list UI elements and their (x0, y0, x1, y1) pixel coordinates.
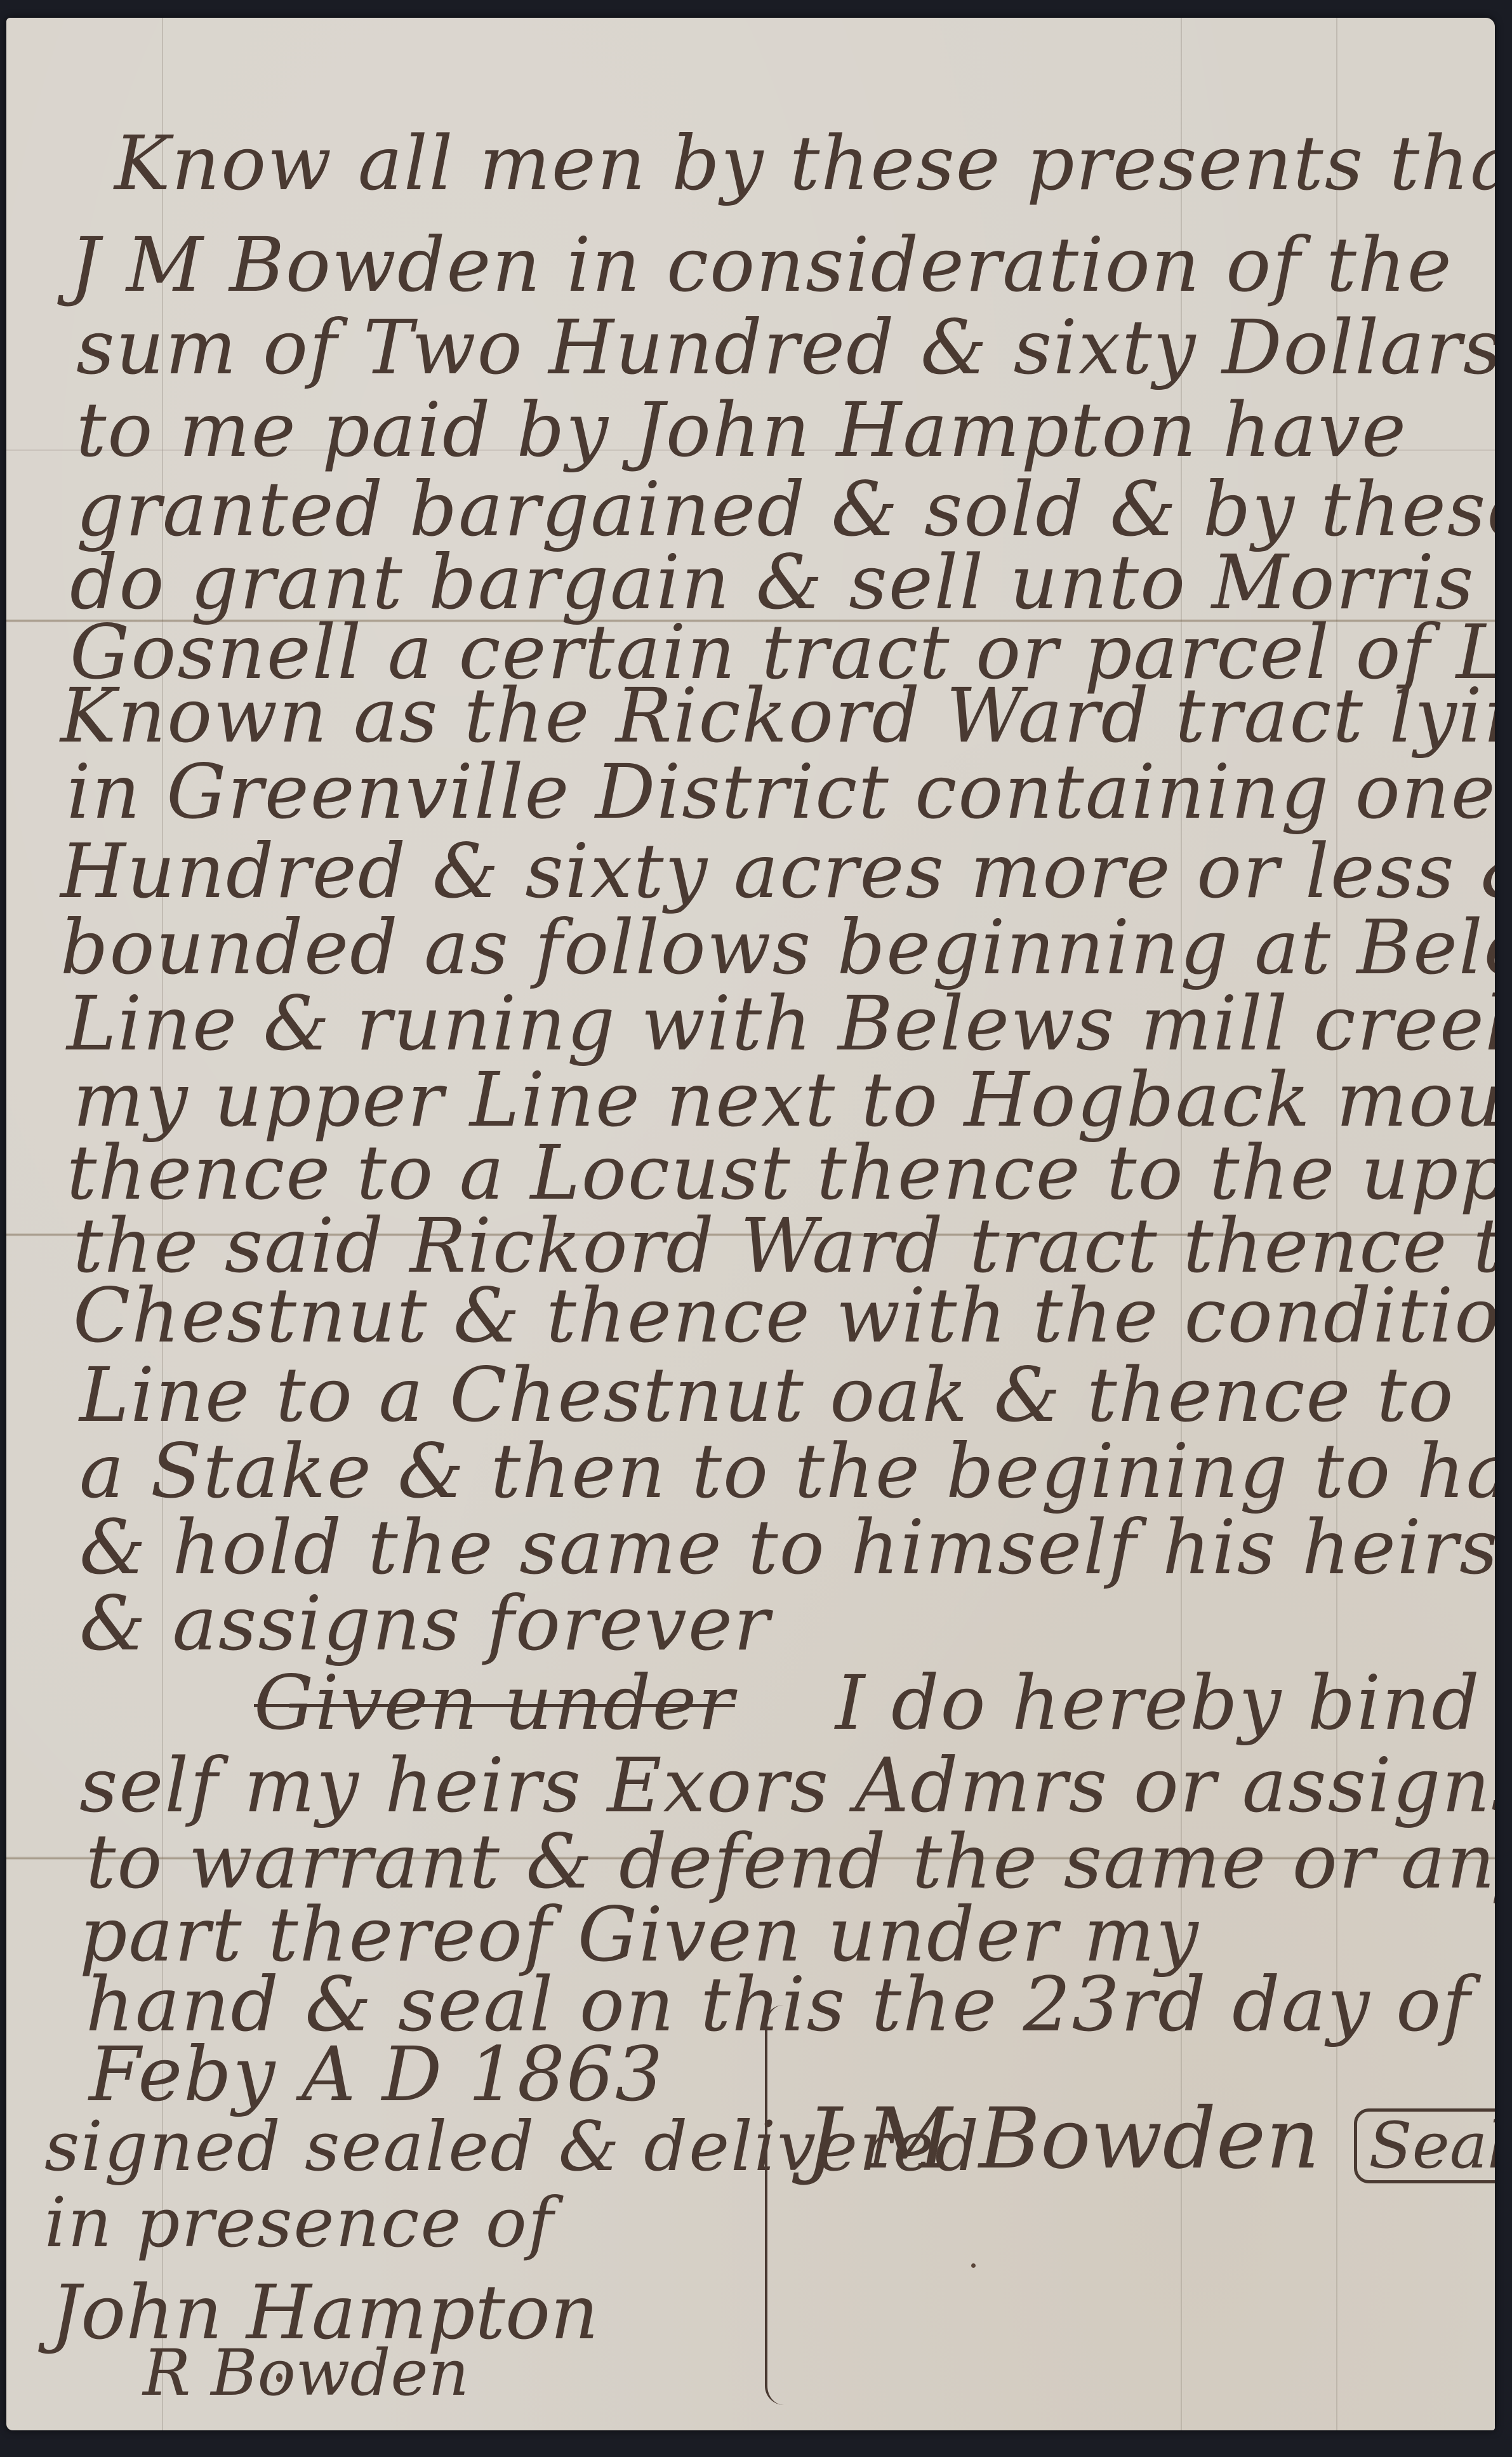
struck-out-text: Given under (254, 1659, 735, 1747)
deed-line: & assigns forever (79, 1586, 771, 1661)
deed-line: Line to a Chestnut oak & thence to (79, 1357, 1454, 1432)
deed-line: Know all men by these presents that I (114, 126, 1495, 201)
deed-paper: Know all men by these presents that I J … (6, 18, 1495, 2430)
deed-line: sum of Two Hundred & sixty Dollars (76, 310, 1495, 385)
deed-line: thence to a Locust thence to the upper L… (67, 1135, 1495, 1210)
signatory-signature: J M Bowden Seal (806, 2097, 1495, 2183)
deed-line: Known as the Rickord Ward tract lying (60, 678, 1495, 753)
warranty-line-2: self my heirs Exors Admrs or assigns (79, 1748, 1495, 1823)
ink-blemish (276, 2373, 282, 2382)
attestation-line-2: in presence of (44, 2189, 555, 2258)
warranty-text: I do hereby bind my (835, 1659, 1495, 1747)
deed-line: & hold the same to himself his heirs (79, 1510, 1495, 1585)
seal-box: Seal (1354, 2108, 1495, 2183)
ink-blemish (971, 2263, 976, 2268)
signature-bracket (765, 2005, 806, 2405)
deed-line: Chestnut & thence with the conditional (73, 1278, 1495, 1353)
deed-line: a Stake & then to the begining to have (79, 1434, 1495, 1508)
deed-line: Hundred & sixty acres more or less & (60, 834, 1495, 909)
deed-line: my upper Line next to Hogback mountain (73, 1062, 1495, 1137)
warranty-line-1: Given under I do hereby bind my (254, 1665, 1495, 1740)
deed-line: granted bargained & sold & by these pres… (76, 472, 1495, 547)
deed-line: to me paid by John Hampton have (76, 392, 1407, 467)
signatory-name: J M Bowden (806, 2090, 1320, 2188)
deed-line: bounded as follows beginning at Belews (60, 910, 1495, 985)
warranty-line-3: to warrant & defend the same or any (86, 1824, 1495, 1899)
deed-line: Line & runing with Belews mill creek to (67, 986, 1495, 1061)
deed-line: J M Bowden in consideration of the (70, 227, 1453, 302)
deed-line: in Greenville District containing one (67, 754, 1495, 829)
date-line: Feby A D 1863 (89, 2037, 664, 2112)
witness-signature-2: R Bowden (143, 2341, 469, 2405)
